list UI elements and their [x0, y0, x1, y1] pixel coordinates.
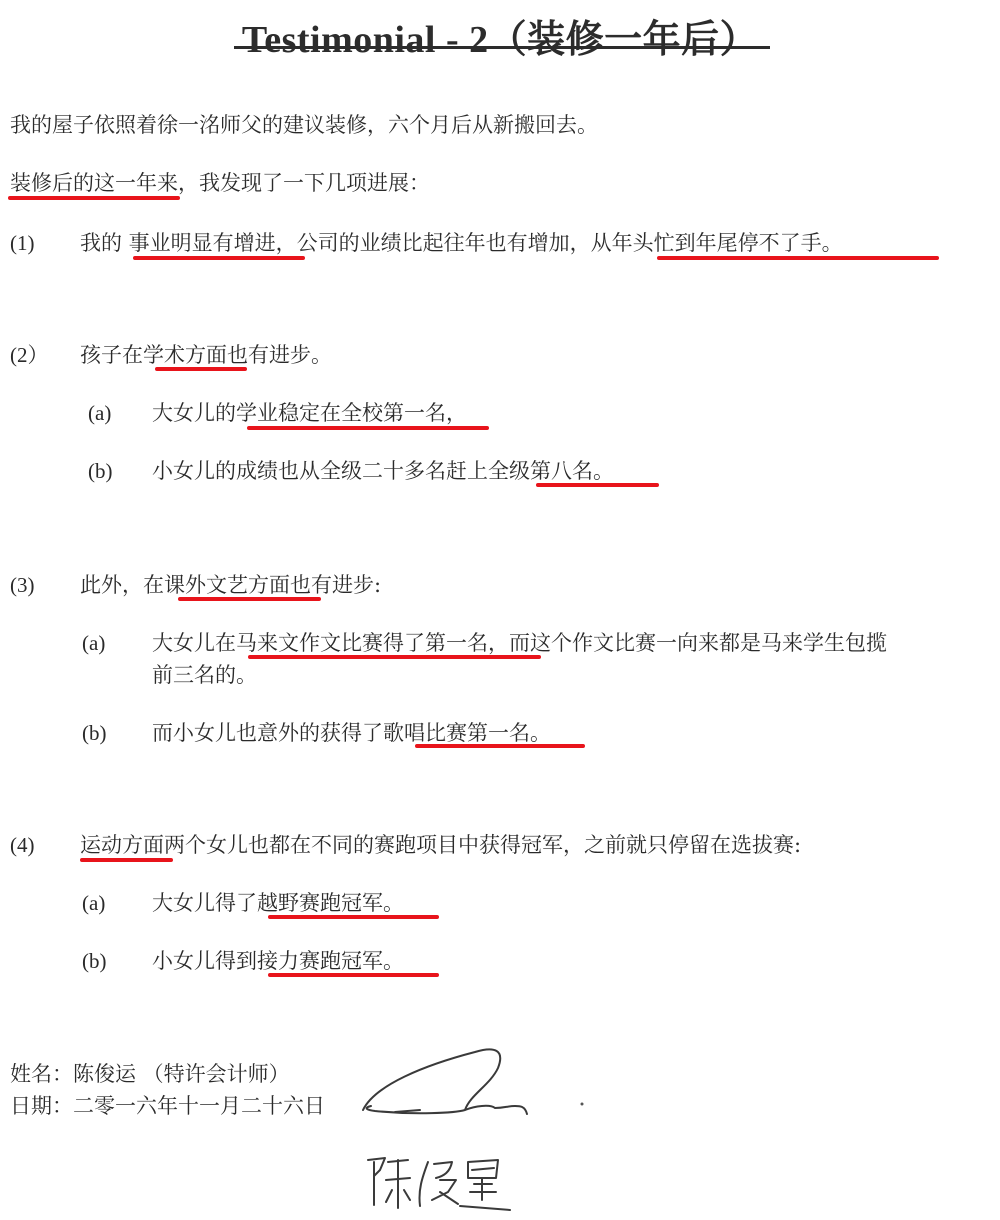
highlight-underline [133, 256, 305, 260]
highlight-underline [8, 196, 180, 200]
handwritten-signature-scribble [355, 1040, 595, 1120]
subitem-text-3a: 大女儿在马来文作文比赛得了第一名，而这个作文比赛一向来都是马来学生包揽 [152, 630, 887, 656]
subitem-text-2b: 小女儿的成绩也从全级二十多名赶上全级第八名。 [152, 458, 614, 484]
highlight-underline [657, 256, 939, 260]
subitem-text-4b: 小女儿得到接力赛跑冠军。 [152, 948, 404, 974]
item-label-4: (4) [10, 832, 35, 858]
subitem-label-4a: (a) [82, 890, 105, 916]
highlight-underline [536, 483, 659, 487]
subitem-label-4b: (b) [82, 948, 107, 974]
highlight-underline [248, 655, 541, 659]
highlight-underline [80, 858, 173, 862]
item-label-2: (2） [10, 342, 49, 368]
subitem-text-4a: 大女儿得了越野赛跑冠军。 [152, 890, 404, 916]
item-text-2: 孩子在学术方面也有进步。 [80, 342, 332, 368]
subitem-label-3b: (b) [82, 720, 107, 746]
subitem-label-3a: (a) [82, 630, 105, 656]
handwritten-signature-chinese [360, 1150, 540, 1220]
title-underline [234, 46, 770, 49]
intro-paragraph-1: 我的屋子依照着徐一洺师父的建议装修，六个月后从新搬回去。 [10, 112, 598, 138]
item-label-3: (3) [10, 572, 35, 598]
item-text-4: 运动方面两个女儿也都在不同的赛跑项目中获得冠军，之前就只停留在选拔赛: [80, 832, 801, 858]
subitem-label-2a: (a) [88, 400, 111, 426]
highlight-underline [415, 744, 585, 748]
subitem-text-2a: 大女儿的学业稳定在全校第一名， [152, 400, 467, 426]
sign-date: 日期：二零一六年十一月二十六日 [10, 1093, 325, 1119]
subitem-text-3b: 而小女儿也意外的获得了歌唱比赛第一名。 [152, 720, 551, 746]
highlight-underline [268, 915, 439, 919]
highlight-underline [268, 973, 439, 977]
highlight-underline [178, 597, 321, 601]
intro-paragraph-2: 装修后的这一年来，我发现了一下几项进展： [10, 170, 430, 196]
highlight-underline [247, 426, 489, 430]
highlight-underline [155, 367, 247, 371]
signer-name: 姓名：陈俊运 （特许会计师） [10, 1061, 290, 1087]
item-text-3: 此外，在课外文艺方面也有进步: [80, 572, 381, 598]
subitem-label-2b: (b) [88, 458, 113, 484]
page-title: Testimonial - 2（装修一年后） [0, 8, 1000, 63]
item-text-1: 我的 事业明显有增进，公司的业绩比起往年也有增加，从年头忙到年尾停不了手。 [80, 230, 843, 256]
item-label-1: (1) [10, 230, 35, 256]
subitem-text-3a-continued: 前三名的。 [152, 662, 257, 688]
